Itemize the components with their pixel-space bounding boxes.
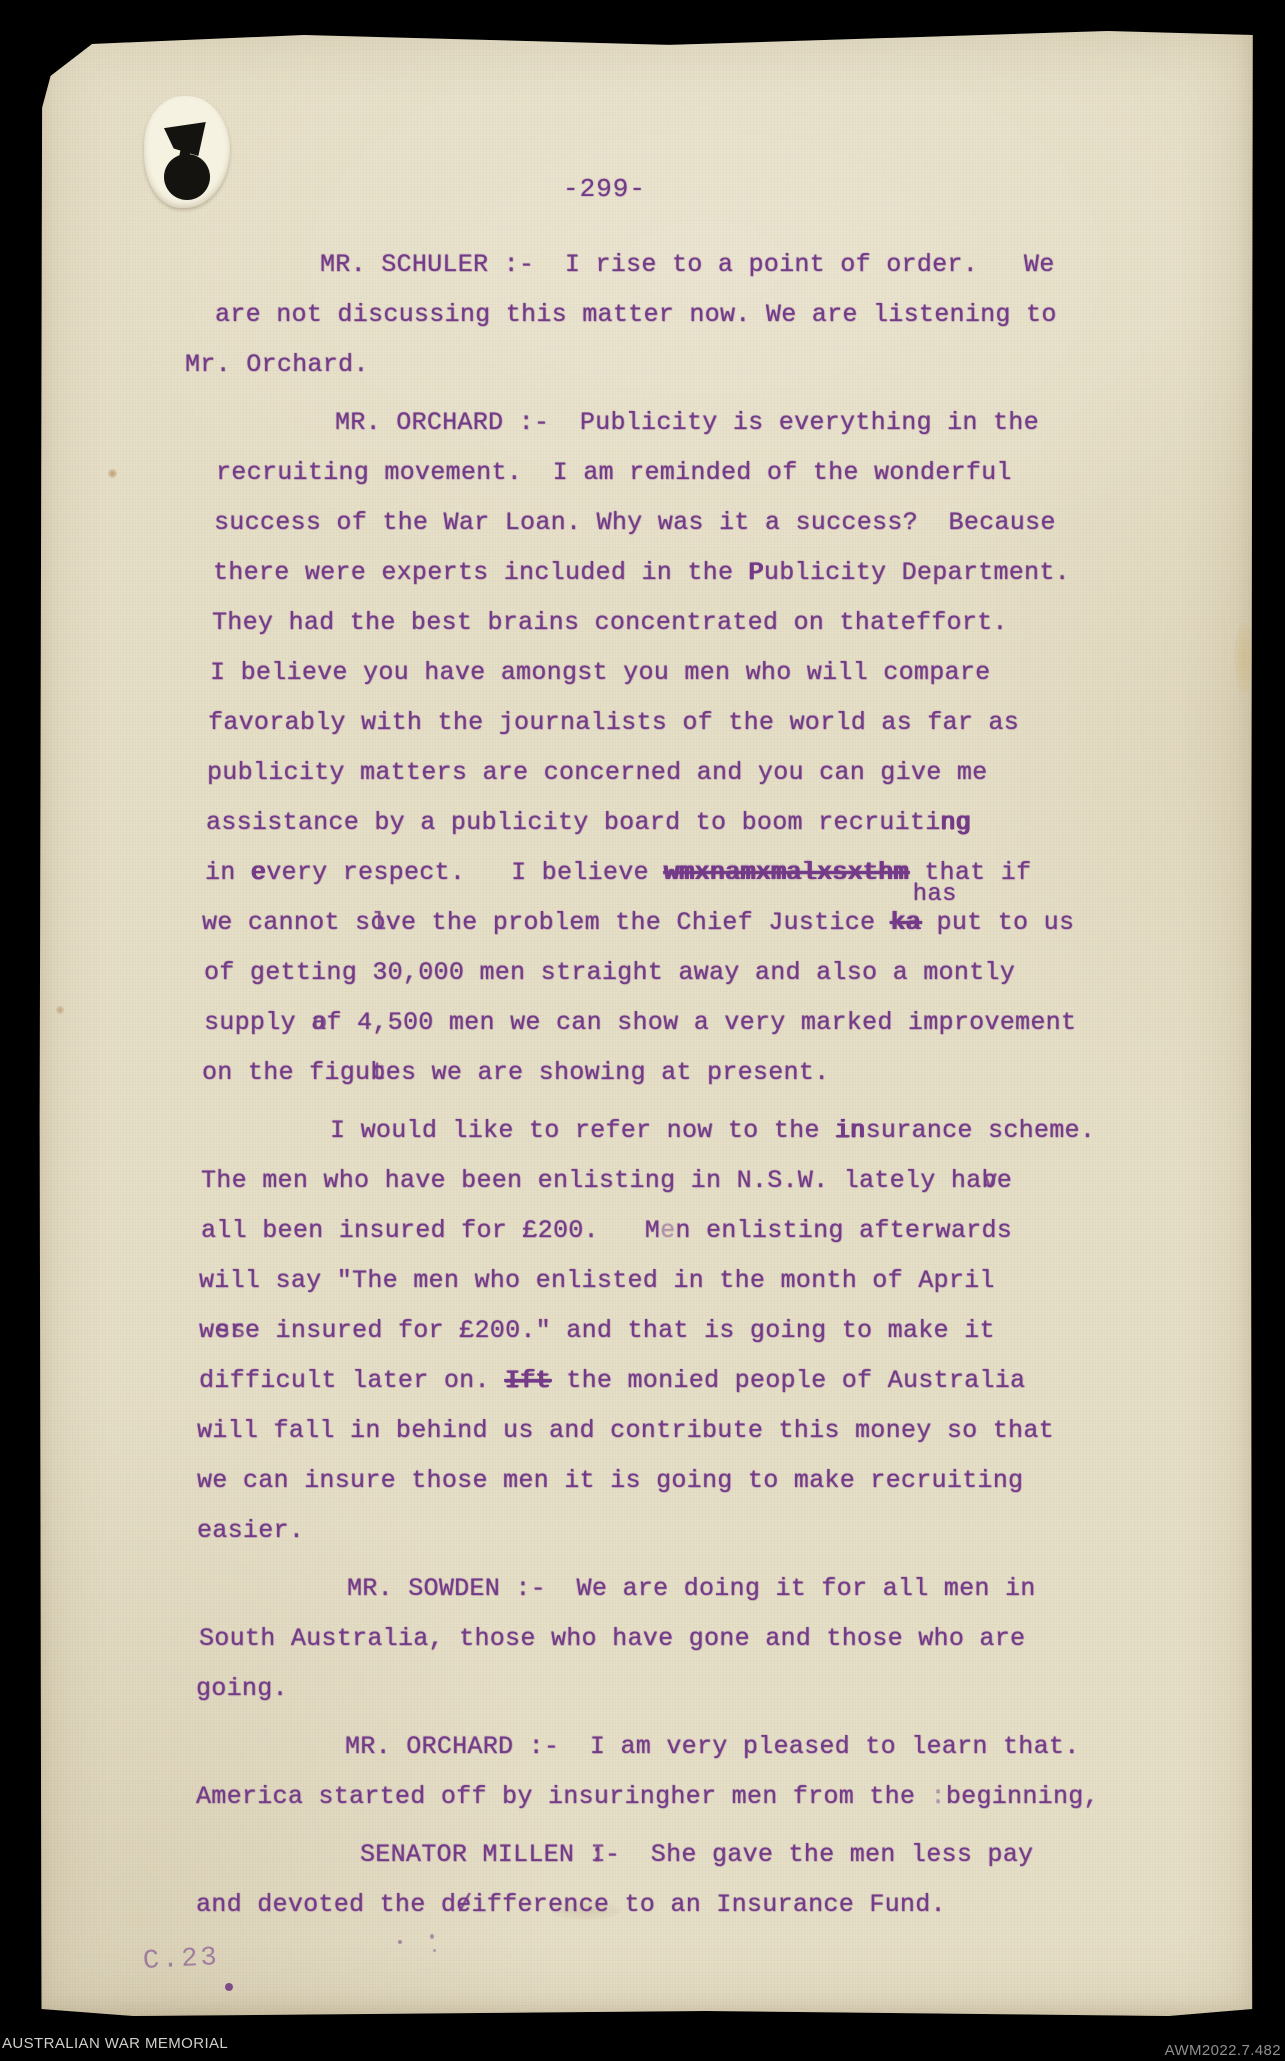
text-segment: Ift	[505, 1366, 551, 1395]
text-segment: They had the best brains concentrated on…	[212, 608, 1008, 637]
typed-line: there were experts included in the Publi…	[213, 548, 1254, 598]
ink-speck	[433, 1949, 436, 1952]
text-segment: n enlisting afterwards	[675, 1216, 1012, 1245]
typed-line: MR. ORCHARD :- I am very pleased to lear…	[345, 1722, 1254, 1772]
pencil-stamp-code: C.23	[142, 1943, 220, 1977]
typed-line: Mr. Orchard.	[185, 340, 1254, 390]
text-segment: put to us	[921, 908, 1074, 937]
text-segment: will say "The men who enlisted in the mo…	[199, 1266, 995, 1295]
ink-speck	[398, 1940, 402, 1944]
typed-line: favorably with the journalists of the wo…	[208, 698, 1254, 748]
typed-line: success of the War Loan. Why was it a su…	[214, 498, 1254, 548]
text-segment: f 4,500 men we can show a very marked im…	[326, 1008, 1076, 1037]
text-segment: in	[205, 858, 251, 887]
text-segment: very respect. I believe	[266, 858, 664, 887]
text-segment: bt	[370, 1048, 385, 1098]
text-segment: success of the War Loan. Why was it a su…	[214, 508, 1056, 537]
typed-lines: MR. SCHULER :- I rise to a point of orde…	[36, 240, 1254, 1930]
typed-line: MR. SOWDEN :- We are doing it for all me…	[347, 1564, 1254, 1614]
typed-line: SENATOR MILLEN :I- She gave the men less…	[360, 1830, 1254, 1880]
text-segment: going.	[196, 1674, 288, 1703]
typed-line: recruiting movement. I am reminded of th…	[216, 448, 1254, 498]
ink-dot	[225, 1983, 233, 1991]
typed-line: publicity matters are concerned and you …	[207, 748, 1254, 798]
text-segment: will fall in behind us and contribute th…	[197, 1416, 1054, 1445]
typed-line: America started off by insuringher men f…	[196, 1772, 1254, 1822]
text-segment: es we are showing at present.	[386, 1058, 830, 1087]
archive-accession-number: AWM2022.7.482	[1165, 2042, 1281, 2059]
text-segment: MR. SCHULER :- I rise to a point of orde…	[320, 250, 1055, 279]
text-segment: assistance by a publicity board to boom …	[206, 808, 941, 837]
typed-line: of getting 30,000 men straight away and …	[204, 948, 1254, 998]
text-segment: and devoted the d	[196, 1890, 456, 1919]
text-segment: are not discussing this matter now. We a…	[215, 300, 1057, 329]
typed-line: assistance by a publicity board to boom …	[206, 798, 1254, 848]
text-segment: - She gave the men less pay	[605, 1840, 1033, 1869]
text-segment: :	[931, 1782, 946, 1811]
text-segment: ao	[311, 998, 326, 1048]
overstruck-char: I	[591, 1830, 606, 1880]
punch-hole	[144, 96, 230, 208]
paper-tear-mark	[581, 24, 751, 29]
text-segment: I would like to refer now to the	[330, 1116, 835, 1145]
ink-speck	[430, 1934, 434, 1939]
text-segment: all been insured for £200. M	[201, 1216, 660, 1245]
text-segment: ublicity Department.	[764, 558, 1070, 587]
text-segment: The men who have been enlisting in N.S.W…	[201, 1166, 981, 1195]
typed-line: I believe you have amongst you men who w…	[210, 648, 1254, 698]
text-segment: publicity matters are concerned and you …	[207, 758, 987, 787]
typed-line: and devoted the de/ifference to an Insur…	[196, 1880, 1254, 1930]
page-number: -299-	[563, 174, 646, 204]
text-segment: in	[835, 1116, 866, 1145]
typed-line: The men who have been enlisting in N.S.W…	[201, 1156, 1254, 1206]
text-segment: the monied people of Australia	[551, 1366, 1025, 1395]
typed-line: all been insured for £200. Men enlisting…	[201, 1206, 1254, 1256]
text-segment: supply	[204, 1008, 311, 1037]
text-segment: :I	[590, 1830, 605, 1880]
paper-sheet: -299- MR. SCHULER :- I rise to a point o…	[36, 24, 1254, 2018]
text-segment: ve the problem the Chief Justice	[386, 908, 891, 937]
typed-line: supply aof 4,500 men we can show a very …	[204, 998, 1254, 1048]
text-segment: surance scheme.	[866, 1116, 1096, 1145]
archive-attribution-label: AUSTRALIAN WAR MEMORIAL	[2, 2035, 228, 2052]
text-segment: w	[199, 1316, 214, 1345]
typed-line: easier.	[197, 1506, 1254, 1556]
text-segment: ol	[370, 898, 385, 948]
text-segment: I believe you have amongst you men who w…	[210, 658, 990, 687]
text-segment: easier.	[197, 1516, 304, 1545]
overstruck-char: t	[371, 1048, 386, 1098]
text-segment: we can insure those men it is going to m…	[197, 1466, 1023, 1495]
text-segment: wmxnamxmalxsxthm	[664, 858, 909, 887]
text-segment: ifference to an Insurance Fund.	[471, 1890, 945, 1919]
text-segment: MR. SOWDEN :- We are doing it for all me…	[347, 1574, 1036, 1603]
typed-line: difficult later on. Ift the monied peopl…	[199, 1356, 1254, 1406]
typed-line: MR. SCHULER :- I rise to a point of orde…	[320, 240, 1254, 290]
text-segment: e insured for £200." and that is going t…	[245, 1316, 995, 1345]
overstruck-char: ss	[215, 1306, 246, 1356]
text-segment: e	[997, 1166, 1012, 1195]
typed-line: wersse insured for £200." and that is go…	[199, 1306, 1254, 1356]
text-segment: ng	[941, 808, 972, 837]
text-segment: e	[251, 858, 266, 887]
typed-line: we can insure those men it is going to m…	[197, 1456, 1254, 1506]
text-segment: bv	[981, 1156, 996, 1206]
typed-line: we cannot solve the problem the Chief Ju…	[202, 898, 1254, 948]
typed-line: will fall in behind us and contribute th…	[197, 1406, 1254, 1456]
text-segment: e/	[456, 1880, 471, 1930]
typed-line: They had the best brains concentrated on…	[212, 598, 1254, 648]
typed-line: I would like to refer now to the insuran…	[330, 1106, 1254, 1156]
overstruck-char: /	[457, 1880, 472, 1930]
scanned-document-page: -299- MR. SCHULER :- I rise to a point o…	[0, 0, 1285, 2061]
text-segment: on the figu	[202, 1058, 370, 1087]
overstruck-char: l	[371, 898, 386, 948]
typed-line: MR. ORCHARD :- Publicity is everything i…	[335, 398, 1254, 448]
text-segment: SENATOR MILLEN	[360, 1840, 590, 1869]
text-segment: ka	[891, 908, 922, 937]
text-segment: Mr. Orchard.	[185, 350, 369, 379]
text-segment: P	[749, 558, 764, 587]
text-segment: MR. ORCHARD :- I am very pleased to lear…	[345, 1732, 1080, 1761]
text-segment: difficult later on.	[199, 1366, 505, 1395]
text-segment: beginning,	[946, 1782, 1099, 1811]
text-segment: we cannot s	[202, 908, 370, 937]
text-segment: of getting 30,000 men straight away and …	[204, 958, 1015, 987]
text-segment: there were experts included in the	[213, 558, 749, 587]
text-segment: recruiting movement. I am reminded of th…	[216, 458, 1012, 487]
text-segment: erss	[214, 1306, 245, 1356]
text-segment: MR. ORCHARD :- Publicity is everything i…	[335, 408, 1039, 437]
typed-line: in every respect. I believe wmxnamxmalxs…	[205, 848, 1254, 898]
typed-line: will say "The men who enlisted in the mo…	[199, 1256, 1254, 1306]
hole-circle-shape	[164, 154, 210, 200]
overstruck-char: o	[312, 998, 327, 1048]
typed-line: on the figubtes we are showing at presen…	[202, 1048, 1254, 1098]
text-segment: favorably with the journalists of the wo…	[208, 708, 1019, 737]
typed-line: going.	[196, 1664, 1254, 1714]
typed-line: South Australia, those who have gone and…	[199, 1614, 1254, 1664]
text-segment: America started off by insuringher men f…	[196, 1782, 931, 1811]
overstruck-char: v	[982, 1156, 997, 1206]
text-segment: South Australia, those who have gone and…	[199, 1624, 1025, 1653]
text-segment: e	[660, 1216, 675, 1245]
typed-line: are not discussing this matter now. We a…	[215, 290, 1254, 340]
